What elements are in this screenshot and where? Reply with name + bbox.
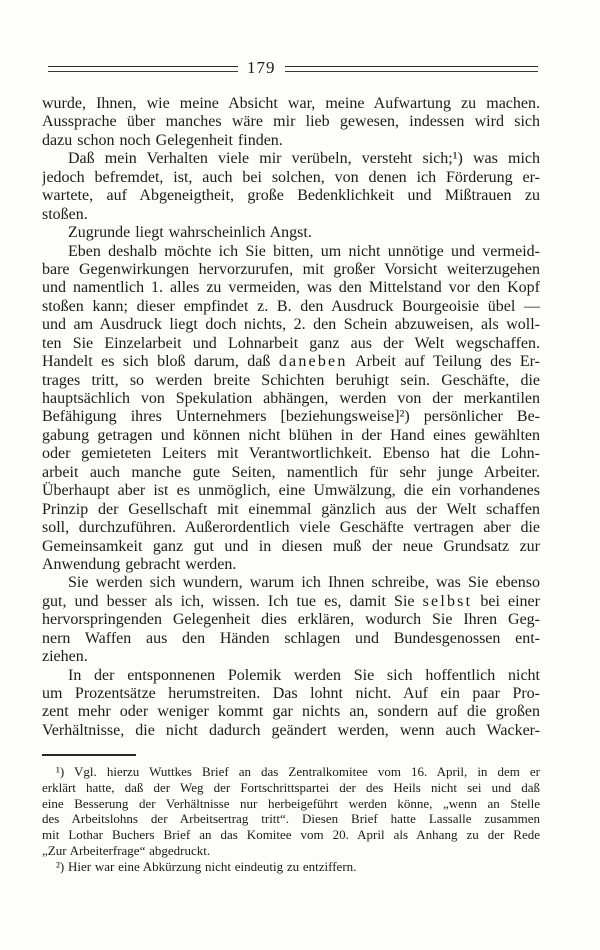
body-text-line: dazu schon noch Gelegenheit finden. — [42, 132, 540, 150]
body-text-line: Zugrunde liegt wahrscheinlich Angst. — [42, 224, 540, 242]
body-text-line: hervorspringenden Gelegenheit dies erklä… — [42, 611, 540, 629]
page-number: 179 — [238, 60, 285, 76]
body-text-line: wurde, Ihnen, wie meine Absicht war, mei… — [42, 95, 540, 113]
header-rule-right — [285, 66, 539, 72]
footnote-line: des Arbeitslohns der Arbeitsertrag tritt… — [42, 811, 540, 827]
body-text-line: Verhältnisse, die nicht dadurch geändert… — [42, 722, 540, 740]
body-text-line: wartete, auf Abgeneigtheit, große Bedenk… — [42, 187, 540, 205]
body-text-line: ten Sie Einzelarbeit und Lohnarbeit ganz… — [42, 335, 540, 353]
page-header: 179 — [48, 61, 538, 77]
body-text-line: In der entsponnenen Polemik werden Sie s… — [42, 667, 540, 685]
body-text-line: Prinzip der Gesellschaft mit einemmal gä… — [42, 501, 540, 519]
footnote-line: mit Lothar Buchers Brief an das Komitee … — [42, 827, 540, 843]
body-text-line: Eben deshalb möchte ich Sie bitten, um n… — [42, 243, 540, 261]
body-text-line: soll, durchzuführen. Außerordentlich vie… — [42, 519, 540, 537]
footnote-line: erklärt hatte, daß der Weg der Fortschri… — [42, 780, 540, 796]
body-text-line: jedoch befremdet, ist, auch bei solchen,… — [42, 169, 540, 187]
book-page: 179 wurde, Ihnen, wie meine Absicht war,… — [0, 0, 600, 950]
body-text-line: und am Ausdruck liegt doch nichts, 2. de… — [42, 316, 540, 334]
body-text-line: und namentlich 1. alles zu vermeiden, wa… — [42, 279, 540, 297]
body-text-line: Befähigung ihres Unternehmers [beziehung… — [42, 408, 540, 426]
body-text-line: Überhaupt aber ist es unmöglich, eine Um… — [42, 482, 540, 500]
body-text-line: ziehen. — [42, 648, 540, 666]
body-text: wurde, Ihnen, wie meine Absicht war, mei… — [42, 95, 540, 740]
footnote-line: ²) Hier war eine Abkürzung nicht eindeut… — [42, 859, 540, 875]
body-text-line: bare Gegenwirkungen hervorzurufen, mit g… — [42, 261, 540, 279]
letterspaced-word: daneben — [279, 353, 348, 370]
body-text-line: Gemeinsamkeit ganz gut und in diesen muß… — [42, 538, 540, 556]
footnote-line: ¹) Vgl. hierzu Wuttkes Brief an das Zent… — [42, 764, 540, 780]
footnote-line: eine Besserung der Verhältnisse nur herb… — [42, 796, 540, 812]
body-text-line: um Prozentsätze herumstreiten. Das lohnt… — [42, 685, 540, 703]
body-text-line: gabung getragen und können nicht blühen … — [42, 427, 540, 445]
footnote-line: „Zur Arbeiterfrage“ abgedruckt. — [42, 843, 540, 859]
body-text-line: hauptsächlich von Spekulation abhängen, … — [42, 390, 540, 408]
body-text-line: trages tritt, so werden breite Schichten… — [42, 372, 540, 390]
body-text-line: Anwendung gebracht werden. — [42, 556, 540, 574]
letterspaced-word: selbst — [423, 593, 473, 610]
footnotes: ¹) Vgl. hierzu Wuttkes Brief an das Zent… — [42, 764, 540, 875]
body-text-line: nern Waffen aus den Händen schlagen und … — [42, 630, 540, 648]
body-text-line: stoßen. — [42, 206, 540, 224]
header-rule-left — [48, 66, 238, 72]
body-text-line: arbeit auch manche gute Seiten, namentli… — [42, 464, 540, 482]
body-text-line: Sie werden sich wundern, warum ich Ihnen… — [42, 574, 540, 592]
body-text-line: oder gemieteten Leiters mit Verantwortli… — [42, 445, 540, 463]
body-text-line: Aussprache über manches wäre mir lieb ge… — [42, 113, 540, 131]
body-text-line: stoßen kann; dieser empfindet z. B. den … — [42, 298, 540, 316]
footnote-separator-rule — [42, 754, 136, 756]
body-text-line: zent mehr oder weniger kommt gar nichts … — [42, 703, 540, 721]
body-text-line: gut, und besser als ich, wissen. Ich tue… — [42, 593, 540, 611]
body-text-line: Daß mein Verhalten viele mir verübeln, v… — [42, 150, 540, 168]
body-text-line: Handelt es sich bloß darum, daß daneben … — [42, 353, 540, 371]
